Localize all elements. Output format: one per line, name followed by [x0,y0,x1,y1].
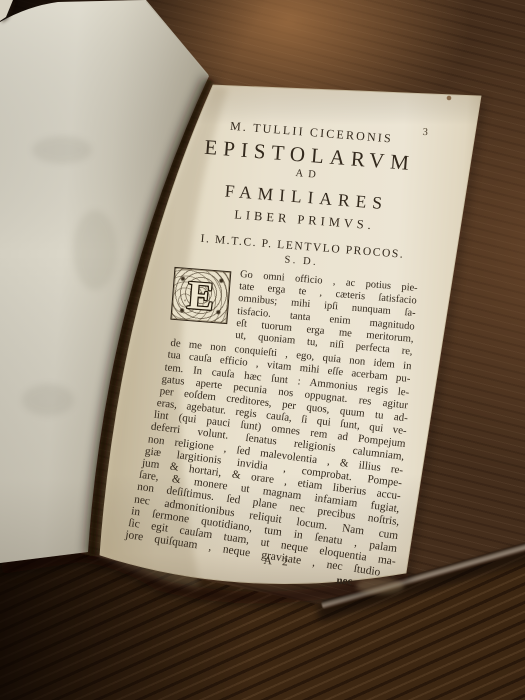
page-number: 3 [422,126,428,140]
photo-scene: M. TULLII CICERONIS 3 EPISTOLARVM AD FAM… [0,0,525,700]
drop-cap-letter: E [186,275,216,317]
woodcut-drop-cap: E [170,267,231,324]
ink-stain-dot [447,96,452,101]
body-text: E Go omni officio , ac potius pie-tate e… [161,264,418,562]
recto-text-block: M. TULLII CICERONIS 3 EPISTOLARVM AD FAM… [158,96,431,591]
